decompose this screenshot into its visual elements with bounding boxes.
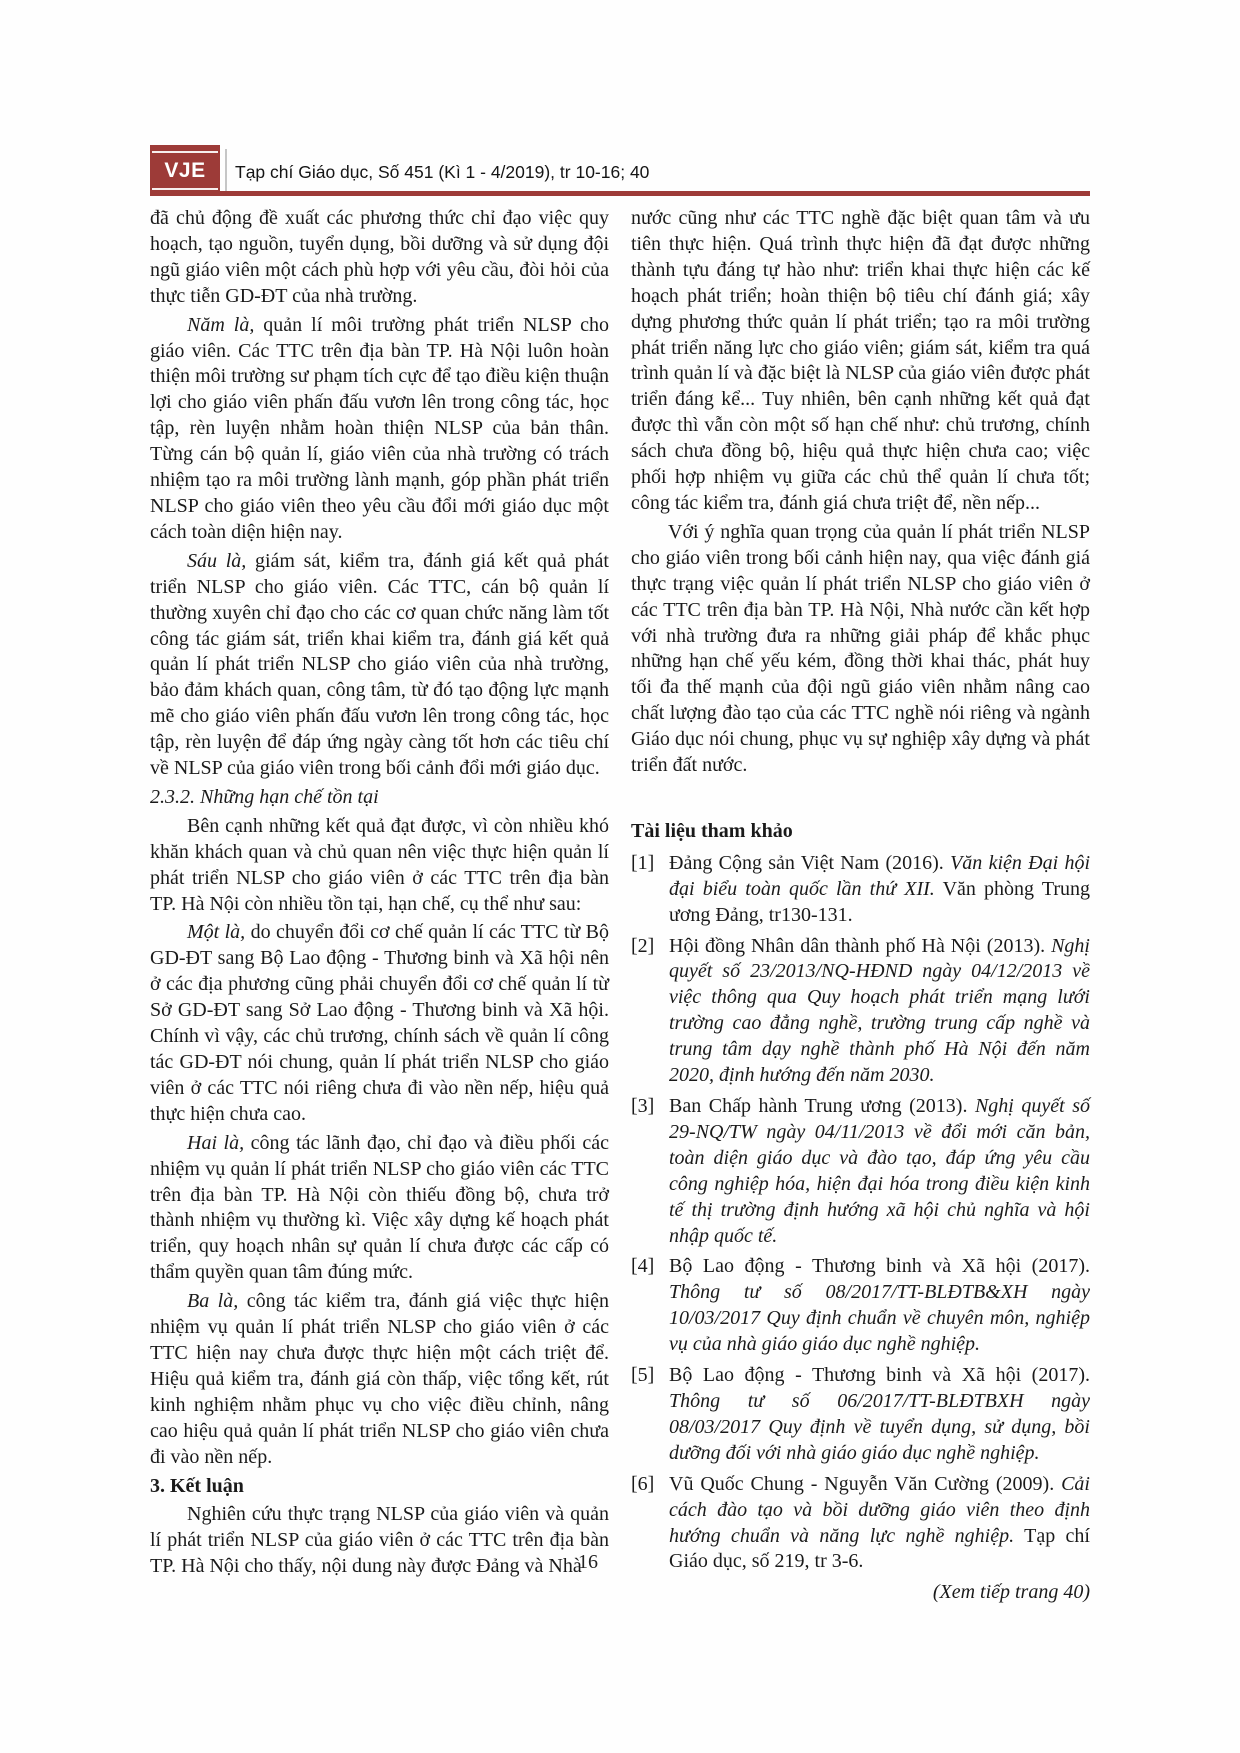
vje-logo: VJE <box>150 145 220 196</box>
reference-marker: [4] <box>631 1254 669 1280</box>
paragraph: Năm là, quản lí môi trường phát triển NL… <box>150 313 609 546</box>
subsection-heading: 2.3.2. Những hạn chế tồn tại <box>150 785 609 811</box>
vje-logo-text: VJE <box>164 159 205 183</box>
paragraph: Một là, do chuyển đổi cơ chế quản lí các… <box>150 920 609 1127</box>
text-segment: 2.3.2. Những hạn chế tồn tại <box>150 786 379 808</box>
right-column: nước cũng như các TTC nghề đặc biệt quan… <box>631 206 1090 1609</box>
text-segment: đã chủ động đề xuất các phương thức chỉ … <box>150 207 609 307</box>
text-segment: giám sát, kiểm tra, đánh giá kết quả phá… <box>150 550 609 779</box>
text-segment: Với ý nghĩa quan trọng của quản lí phát … <box>631 521 1090 776</box>
paragraph: đã chủ động đề xuất các phương thức chỉ … <box>150 206 609 310</box>
reference-marker: [3] <box>631 1094 669 1120</box>
reference-marker: [2] <box>631 934 669 960</box>
text-segment: Tài liệu tham khảo <box>631 820 793 842</box>
text-segment: Nghị quyết số 23/2013/NQ-HĐND ngày 04/12… <box>669 935 1090 1087</box>
reference-item: [5]Bộ Lao động - Thương binh và Xã hội (… <box>631 1363 1090 1467</box>
reference-marker: [5] <box>631 1363 669 1389</box>
text-segment: do chuyển đổi cơ chế quản lí các TTC từ … <box>150 921 609 1124</box>
text-segment: Nghị quyết số 29-NQ/TW ngày 04/11/2013 v… <box>669 1095 1090 1247</box>
reference-item: [1]Đảng Cộng sản Việt Nam (2016). Văn ki… <box>631 851 1090 929</box>
text-segment: Thông tư số 06/2017/TT-BLĐTBXH ngày 08/0… <box>669 1390 1090 1464</box>
reference-item: [3]Ban Chấp hành Trung ương (2013). Nghị… <box>631 1094 1090 1249</box>
text-segment: Hội đồng Nhân dân thành phố Hà Nội (2013… <box>669 935 1051 957</box>
text-segment: Bộ Lao động - Thương binh và Xã hội (201… <box>669 1255 1090 1277</box>
journal-info-line: Tạp chí Giáo dục, Số 451 (Kì 1 - 4/2019)… <box>235 162 649 183</box>
header-rule <box>150 191 1090 196</box>
text-segment: Sáu là, <box>187 550 246 572</box>
reference-marker: [1] <box>631 851 669 877</box>
section-heading: 3. Kết luận <box>150 1474 609 1500</box>
text-segment: 3. Kết luận <box>150 1475 244 1497</box>
paragraph: Sáu là, giám sát, kiểm tra, đánh giá kết… <box>150 549 609 782</box>
header-separator <box>225 149 227 191</box>
text-segment: nước cũng như các TTC nghề đặc biệt quan… <box>631 207 1090 514</box>
text-segment: Ban Chấp hành Trung ương (2013). <box>669 1095 975 1117</box>
reference-item: [4]Bộ Lao động - Thương binh và Xã hội (… <box>631 1254 1090 1358</box>
page-number: 16 <box>150 1551 1026 1574</box>
reference-item: [2]Hội đồng Nhân dân thành phố Hà Nội (2… <box>631 934 1090 1089</box>
paragraph: Bên cạnh những kết quả đạt được, vì còn … <box>150 814 609 918</box>
left-column: đã chủ động đề xuất các phương thức chỉ … <box>150 206 609 1609</box>
text-segment: quản lí môi trường phát triển NLSP cho g… <box>150 314 609 543</box>
text-segment: Một là, <box>187 921 245 943</box>
text-segment: Bộ Lao động - Thương binh và Xã hội (201… <box>669 1364 1090 1386</box>
text-segment: Bên cạnh những kết quả đạt được, vì còn … <box>150 815 609 915</box>
text-segment: Hai là, <box>187 1132 244 1154</box>
text-segment: công tác lãnh đạo, chỉ đạo và điều phối … <box>150 1132 609 1284</box>
text-segment: (Xem tiếp trang 40) <box>933 1581 1090 1603</box>
paragraph: Hai là, công tác lãnh đạo, chỉ đạo và đi… <box>150 1131 609 1286</box>
text-segment: Đảng Cộng sản Việt Nam (2016). <box>669 852 950 874</box>
journal-page: VJE Tạp chí Giáo dục, Số 451 (Kì 1 - 4/2… <box>0 0 1240 1753</box>
text-segment: Vũ Quốc Chung - Nguyễn Văn Cường (2009). <box>669 1473 1061 1495</box>
paragraph: Ba là, công tác kiểm tra, đánh giá việc … <box>150 1289 609 1470</box>
paragraph: nước cũng như các TTC nghề đặc biệt quan… <box>631 206 1090 517</box>
text-segment: công tác kiểm tra, đánh giá việc thực hi… <box>150 1290 609 1467</box>
continuation-note: (Xem tiếp trang 40) <box>631 1580 1090 1606</box>
reference-marker: [6] <box>631 1472 669 1498</box>
references-heading: Tài liệu tham khảo <box>631 819 1090 845</box>
text-segment: Thông tư số 08/2017/TT-BLĐTB&XH ngày 10/… <box>669 1281 1090 1355</box>
text-segment: Ba là, <box>187 1290 238 1312</box>
text-segment: Năm là, <box>187 314 254 336</box>
article-body: đã chủ động đề xuất các phương thức chỉ … <box>150 206 1090 1609</box>
paragraph: Với ý nghĩa quan trọng của quản lí phát … <box>631 520 1090 779</box>
